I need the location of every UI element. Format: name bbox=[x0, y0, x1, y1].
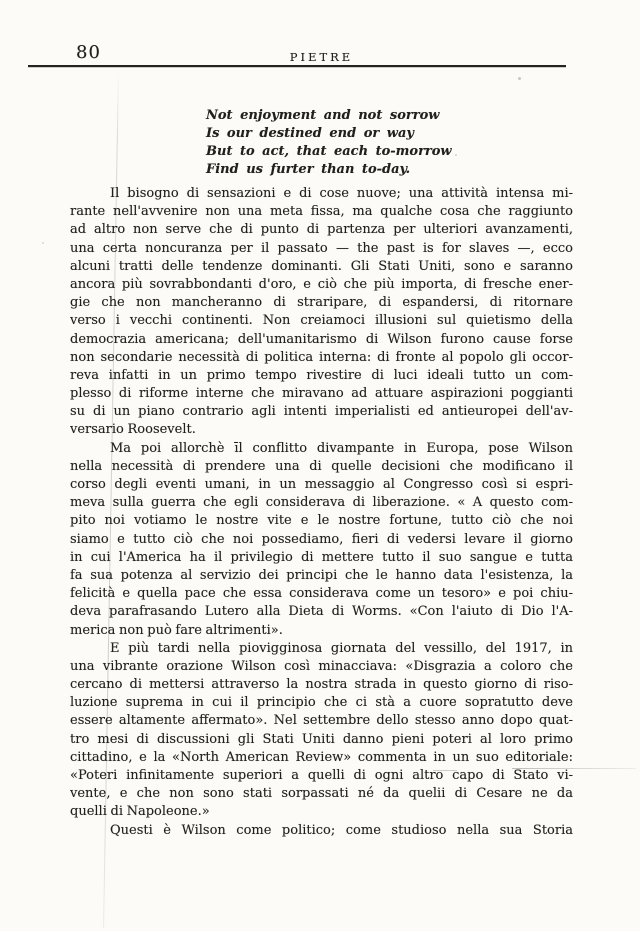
text-line: meva sulla guerra che egli considerava d… bbox=[70, 494, 573, 512]
text-line: plesso di riforme interne che miravano a… bbox=[70, 385, 573, 403]
text-line: vente, e che non sono stati sorpassati n… bbox=[70, 785, 573, 803]
text-line: ad altro non serve che di punto di parte… bbox=[70, 221, 573, 239]
text-line: su di un piano contrario agli intenti im… bbox=[70, 403, 573, 421]
text-line: alcuni tratti delle tendenze dominanti. … bbox=[70, 258, 573, 276]
text-line: cercano di mettersi attraverso la nostra… bbox=[70, 676, 573, 694]
ink-speck bbox=[455, 154, 457, 156]
text-line: E più tardi nella piovigginosa giornata … bbox=[70, 640, 573, 658]
paragraph: Il bisogno di sensazioni e di cose nuove… bbox=[70, 185, 573, 440]
text-line: Il bisogno di sensazioni e di cose nuove… bbox=[70, 185, 573, 203]
paragraph: Ma poi allorchè īl conflitto divampante … bbox=[70, 440, 573, 640]
text-line: fa sua potenza al servizio dei principi … bbox=[70, 567, 573, 585]
header-rule bbox=[28, 65, 566, 67]
text-line: democrazia americana; dell'umanitarismo … bbox=[70, 331, 573, 349]
ink-speck bbox=[42, 242, 44, 244]
body-text: Il bisogno di sensazioni e di cose nuove… bbox=[70, 185, 573, 840]
text-line: deva parafrasando Lutero alla Dieta di W… bbox=[70, 603, 573, 621]
text-line: rante nell'avvenire non una meta fissa, … bbox=[70, 203, 573, 221]
text-line: verso i vecchi continenti. Non creiamoci… bbox=[70, 312, 573, 330]
poem-line: Not enjoyment and not sorrow bbox=[206, 107, 452, 125]
poem-epigraph: Not enjoyment and not sorrowIs our desti… bbox=[206, 107, 452, 179]
text-line: siamo e tutto ciò che noi possediamo, fi… bbox=[70, 531, 573, 549]
text-line: corso degli eventi umani, in un messaggi… bbox=[70, 476, 573, 494]
paragraph: E più tardi nella piovigginosa giornata … bbox=[70, 640, 573, 822]
poem-line: Is our destined end or way bbox=[206, 125, 452, 143]
text-line: ancora più sovrabbondanti d'oro, e ciò c… bbox=[70, 276, 573, 294]
text-line: una certa noncuranza per il passato — th… bbox=[70, 240, 573, 258]
text-line: una vibrante orazione Wilson così minacc… bbox=[70, 658, 573, 676]
text-line: Questi è Wilson come politico; come stud… bbox=[70, 822, 573, 840]
text-line: nella necessità di prendere una di quell… bbox=[70, 458, 573, 476]
text-line: cittadino, e la «North American Review» … bbox=[70, 749, 573, 767]
text-line: gie che non mancheranno di straripare, d… bbox=[70, 294, 573, 312]
text-line: pito noi votiamo le nostre vite e le nos… bbox=[70, 512, 573, 530]
text-line: luzione suprema in cui il principio che … bbox=[70, 694, 573, 712]
scanned-book-page: 80 PIETRE Not enjoyment and not sorrowIs… bbox=[0, 0, 640, 931]
text-line: merica non può fare altrimenti». bbox=[70, 622, 573, 640]
text-line: non secondarie necessità di politica int… bbox=[70, 349, 573, 367]
running-title: PIETRE bbox=[70, 50, 573, 64]
text-line: quelli di Napoleone.» bbox=[70, 803, 573, 821]
text-line: tro mesi di discussioni gli Stati Uniti … bbox=[70, 731, 573, 749]
text-line: «Poteri infinitamente superiori a quelli… bbox=[70, 767, 573, 785]
text-line: versario Roosevelt. bbox=[70, 421, 573, 439]
text-line: felicità e quella pace che essa consider… bbox=[70, 585, 573, 603]
ink-speck bbox=[518, 77, 521, 80]
text-line: Ma poi allorchè īl conflitto divampante … bbox=[70, 440, 573, 458]
poem-line: Find us furter than to-day. bbox=[206, 161, 452, 179]
text-line: essere altamente affermato». Nel settemb… bbox=[70, 712, 573, 730]
text-line: in cui l'America ha il privilegio di met… bbox=[70, 549, 573, 567]
text-line: reva infatti in un primo tempo rivestire… bbox=[70, 367, 573, 385]
paragraph: Questi è Wilson come politico; come stud… bbox=[70, 822, 573, 840]
poem-line: But to act, that each to-morrow bbox=[206, 143, 452, 161]
